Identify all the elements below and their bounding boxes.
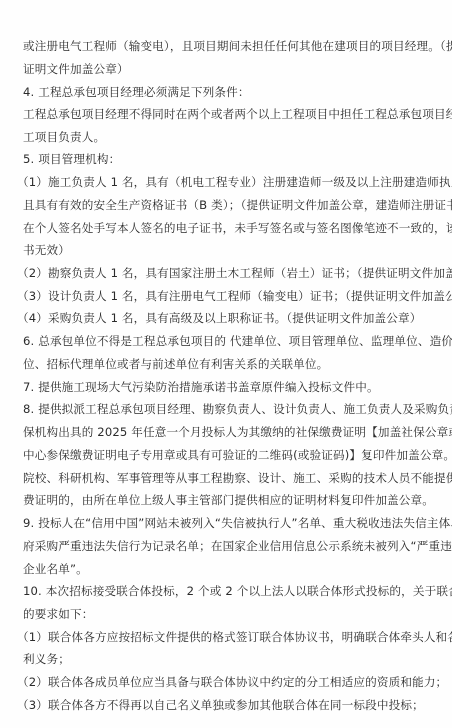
text-line: 府采购严重违法失信行为记录名单；在国家企业信用信息公示系统未被列入“严重违法失信	[23, 539, 433, 553]
text-line: 工程总承包项目经理不得同时在两个或者两个以上工程项目中担任工程总承包项目经理、施	[23, 107, 433, 121]
list-item-3: （3）设计负责人 1 名，具有注册电气工程师（输变电）证书；（提供证明文件加盖公…	[17, 289, 427, 303]
text-line: 保机构出具的 2025 年任意一个月投标人为其缴纳的社保缴费证明【加盖社保公章或…	[23, 425, 433, 439]
section-heading-4: 4. 工程总承包项目经理必须满足下列条件：	[23, 85, 433, 99]
section-heading-5: 5. 项目管理机构：	[23, 152, 433, 166]
text-line: 中心参保缴费证明电子专用章或具有可验证的二维码(或验证码)】复印件加盖公章。在高…	[23, 448, 433, 462]
text-line: 的要求如下：	[23, 607, 433, 621]
text-line: 利义务；	[23, 652, 433, 666]
text-line: 企业名单”。	[23, 562, 433, 576]
text-line: 工项目负责人。	[23, 130, 433, 144]
section-heading-10: 10. 本次招标接受联合体投标，2 个或 2 个以上法人以联合体形式投标的，关于…	[23, 584, 433, 598]
text-line: 或注册电气工程师（输变电），且项目期间未担任任何其他在建项目的项目经理。（提供相…	[23, 39, 433, 53]
list-item-2: （2）联合体各成员单位应当具备与联合体协议中约定的分工相适应的资质和能力；	[17, 675, 427, 689]
text-line: 书无效）	[23, 243, 433, 257]
section-heading-7: 7. 提供施工现场大气污染防治措施承诺书盖章原件编入投标文件中。	[23, 380, 433, 394]
section-heading-9: 9. 投标人在“信用中国”网站未被列入“失信被执行人”名单、重大税收违法失信主体…	[23, 516, 433, 530]
list-item-4: （4）采购负责人 1 名，具有高级及以上职称证书。（提供证明文件加盖公章）	[17, 311, 427, 325]
text-line: 费证明的，由所在单位上级人事主管部门提供相应的证明材料复印件加盖公章。	[23, 493, 433, 507]
list-item-3: （3）联合体各方不得再以自己名义单独或参加其他联合体在同一标段中投标；	[17, 698, 427, 712]
list-item-1: （1）施工负责人 1 名，具有（机电工程专业）注册建造师一级及以上注册建造师执业…	[17, 175, 427, 189]
text-line: 证明文件加盖公章）	[23, 62, 433, 76]
text-line: 院校、科研机构、军事管理等从事工程勘察、设计、施工、采购的技术人员不能提供社保缴	[23, 471, 433, 485]
section-heading-6: 6. 总承包单位不得是工程总承包项目的 代建单位、项目管理单位、监理单位、造价咨…	[23, 334, 433, 348]
document-page: 或注册电气工程师（输变电），且项目期间未担任任何其他在建项目的项目经理。（提供相…	[0, 0, 452, 728]
list-item-2: （2）勘察负责人 1 名，具有国家注册土木工程师（岩土）证书；（提供证明文件加盖…	[17, 266, 427, 280]
list-item-1: （1）联合体各方应按招标文件提供的格式签订联合体协议书，明确联合体牵头人和各方权	[17, 630, 427, 644]
text-line: 在个人签名处手写本人签名的电子证书，未手写签名或与签名图像笔迹不一致的，该电子证	[23, 221, 433, 235]
text-line: 位、招标代理单位或者与前述单位有利害关系的关联单位。	[23, 357, 433, 371]
section-heading-8: 8. 提供拟派工程总承包项目经理、勘察负责人、设计负责人、施工负责人及采购负责人…	[23, 402, 433, 416]
text-line: 且具有有效的安全生产资格证书（B 类）；（提供证明文件加盖公章，建造师注册证书需…	[23, 198, 433, 212]
